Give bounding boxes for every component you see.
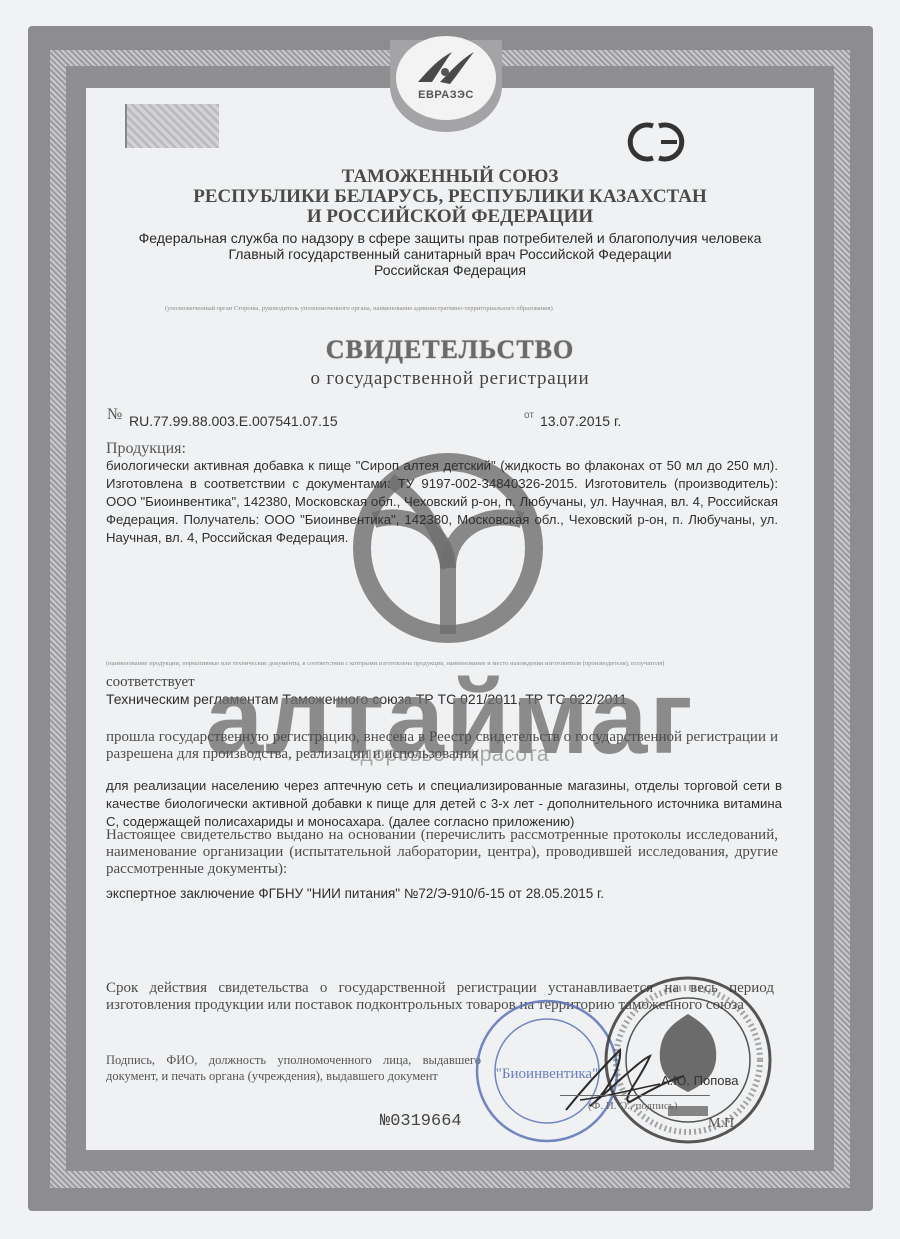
signature-label: Подпись, ФИО, должность уполномоченного …	[106, 1052, 481, 1084]
signature-line	[560, 1095, 710, 1096]
registration-statement: прошла государственную регистрацию, внес…	[106, 729, 778, 763]
certificate-title: СВИДЕТЕЛЬСТВО	[0, 335, 900, 365]
certificate-date: 13.07.2015 г.	[540, 413, 621, 429]
product-description: биологически активная добавка к пище "Си…	[106, 457, 778, 547]
eurasec-bird-icon	[410, 48, 480, 88]
seal-mark: М.П.	[708, 1116, 738, 1132]
eurasec-label: ЕВРАЗЭС	[396, 89, 496, 101]
union-title-line-1: ТАМОЖЕННЫЙ СОЮЗ	[0, 166, 900, 188]
authority-line-2: Главный государственный санитарный врач …	[0, 246, 900, 262]
union-title-line-2: РЕСПУБЛИКИ БЕЛАРУСЬ, РЕСПУБЛИКИ КАЗАХСТА…	[0, 186, 900, 208]
signer-caption: (Ф. И. О., подпись)	[588, 1100, 678, 1112]
union-title-line-3: И РОССИЙСКОЙ ФЕДЕРАЦИИ	[0, 206, 900, 228]
certificate-subtitle: о государственной регистрации	[0, 368, 900, 390]
se-conformity-mark-icon	[625, 120, 687, 164]
basis-document: экспертное заключение ФГБНУ "НИИ питания…	[106, 885, 604, 903]
certificate-sheet: ЕВРАЗЭС ТАМОЖЕННЫЙ СОЮЗ РЕСПУБЛИКИ БЕЛАР…	[0, 0, 900, 1239]
signer-name: А.Ю. Попова	[661, 1073, 738, 1088]
decorative-pattern-block	[125, 104, 219, 148]
authority-line-3: Российская Федерация	[0, 262, 900, 278]
authority-caption: (уполномоченный орган Стороны, руководит…	[165, 305, 553, 312]
authority-line-1: Федеральная служба по надзору в сфере за…	[0, 230, 900, 246]
basis-statement: Настоящее свидетельство выдано на основа…	[106, 827, 778, 878]
product-label: Продукция:	[106, 440, 186, 458]
number-prefix: №	[107, 406, 122, 424]
registration-usage: для реализации населению через аптечную …	[106, 777, 782, 831]
form-number: №0319664	[380, 1112, 462, 1131]
certificate-number: RU.77.99.88.003.E.007541.07.15	[129, 413, 338, 429]
date-prefix: от	[524, 410, 534, 421]
